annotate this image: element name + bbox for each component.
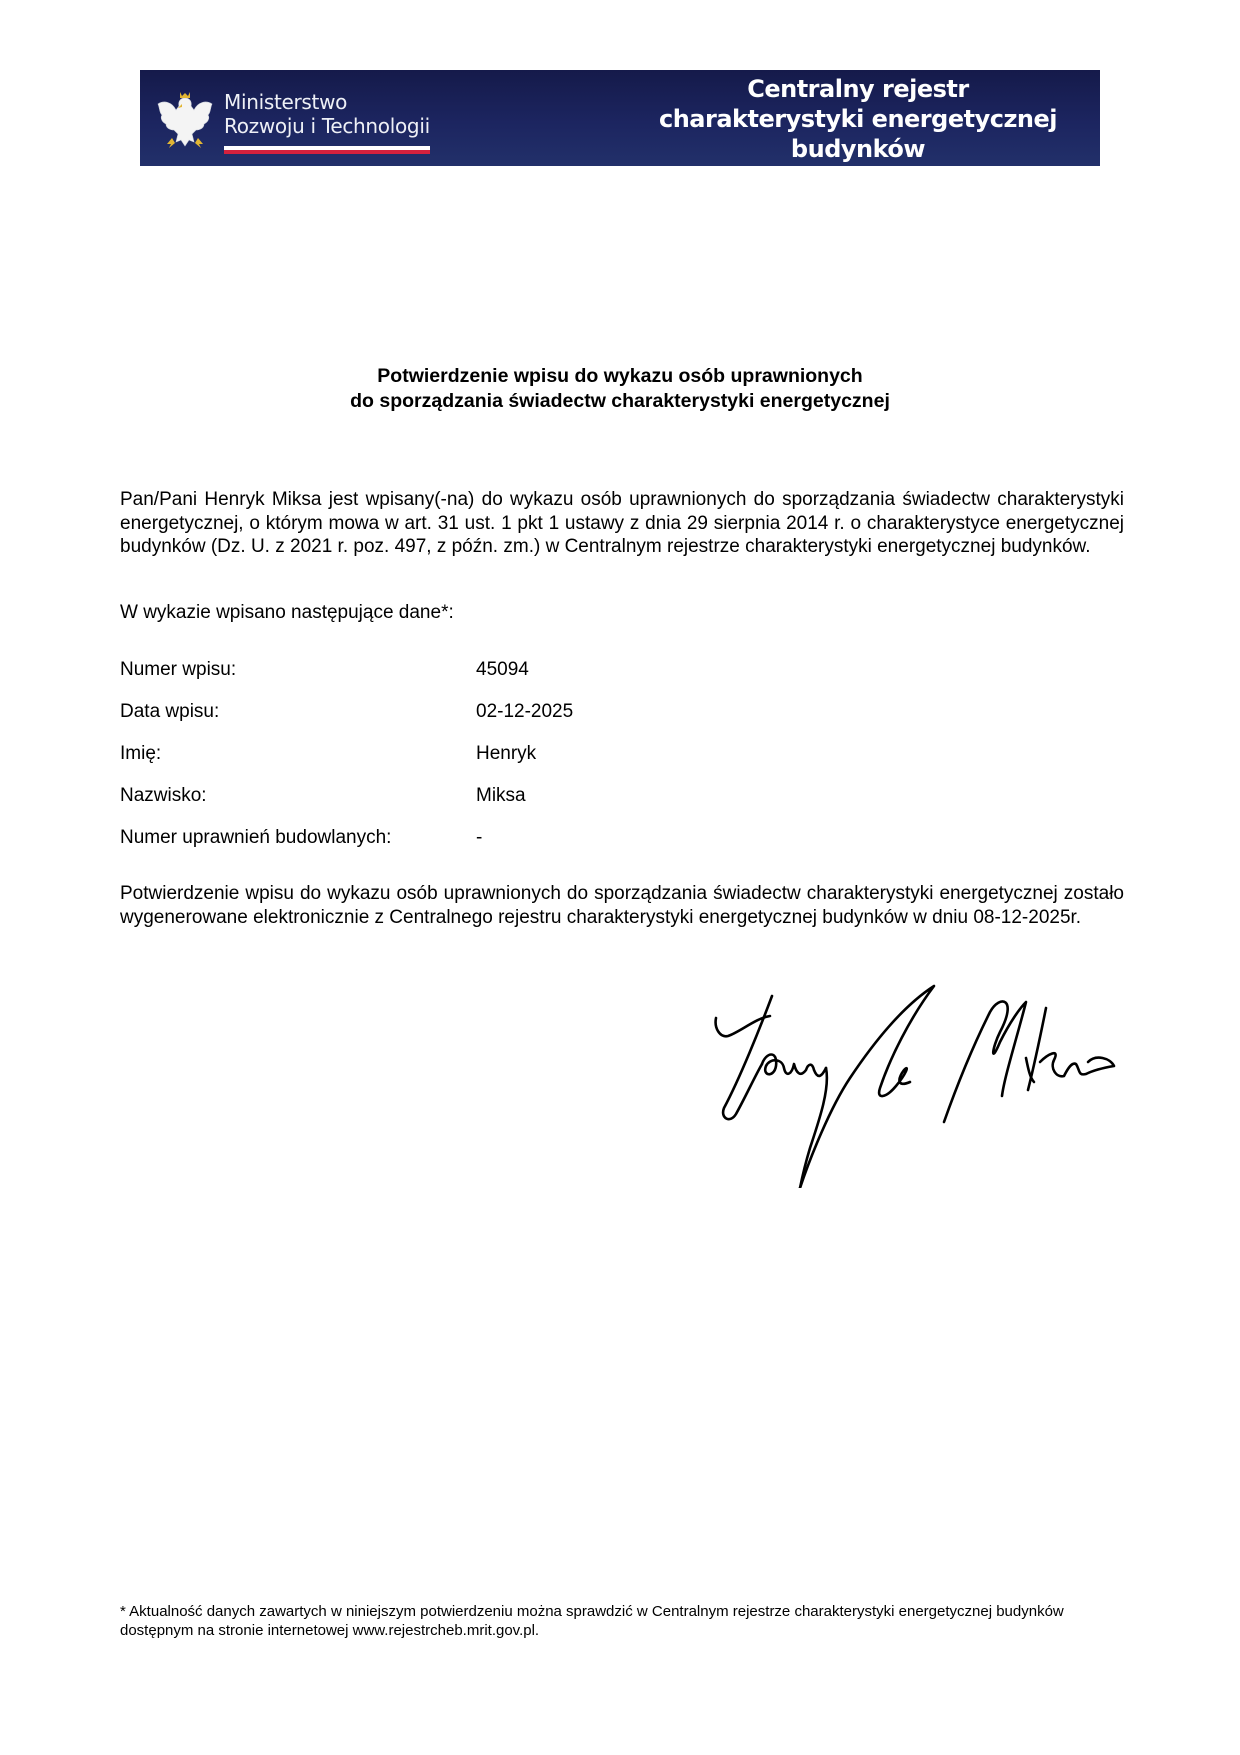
- field-value: Henryk: [476, 742, 536, 766]
- header-banner: Ministerstwo Rozwoju i Technologii Centr…: [140, 70, 1100, 166]
- field-value: Miksa: [476, 784, 526, 808]
- field-label: Imię:: [120, 742, 161, 766]
- registry-title-line: charakterystyki energetycznej: [638, 104, 1078, 134]
- field-label: Numer uprawnień budowlanych:: [120, 826, 391, 850]
- field-value: 02-12-2025: [476, 700, 573, 724]
- document-title: Potwierdzenie wpisu do wykazu osób upraw…: [0, 364, 1240, 414]
- signature-icon: [700, 978, 1120, 1188]
- ministry-line-2: Rozwoju i Technologii: [224, 114, 430, 138]
- registry-title: Centralny rejestr charakterystyki energe…: [638, 74, 1078, 164]
- polish-eagle-icon: [154, 88, 216, 154]
- data-heading: W wykazie wpisano następujące dane*:: [120, 601, 1124, 625]
- registry-title-line: budynków: [638, 134, 1078, 164]
- field-label: Nazwisko:: [120, 784, 207, 808]
- title-line-2: do sporządzania świadectw charakterystyk…: [0, 389, 1240, 414]
- closing-paragraph: Potwierdzenie wpisu do wykazu osób upraw…: [120, 882, 1124, 929]
- ministry-name: Ministerstwo Rozwoju i Technologii: [224, 90, 430, 138]
- field-label: Numer wpisu:: [120, 658, 236, 682]
- title-line-1: Potwierdzenie wpisu do wykazu osób upraw…: [0, 364, 1240, 389]
- ministry-line-1: Ministerstwo: [224, 90, 430, 114]
- field-label: Data wpisu:: [120, 700, 219, 724]
- footnote: * Aktualność danych zawartych w niniejsz…: [120, 1602, 1124, 1640]
- intro-paragraph: Pan/Pani Henryk Miksa jest wpisany(-na) …: [120, 488, 1124, 559]
- field-value: -: [476, 826, 482, 850]
- flag-stripe: [224, 146, 430, 154]
- registry-title-line: Centralny rejestr: [638, 74, 1078, 104]
- field-value: 45094: [476, 658, 529, 682]
